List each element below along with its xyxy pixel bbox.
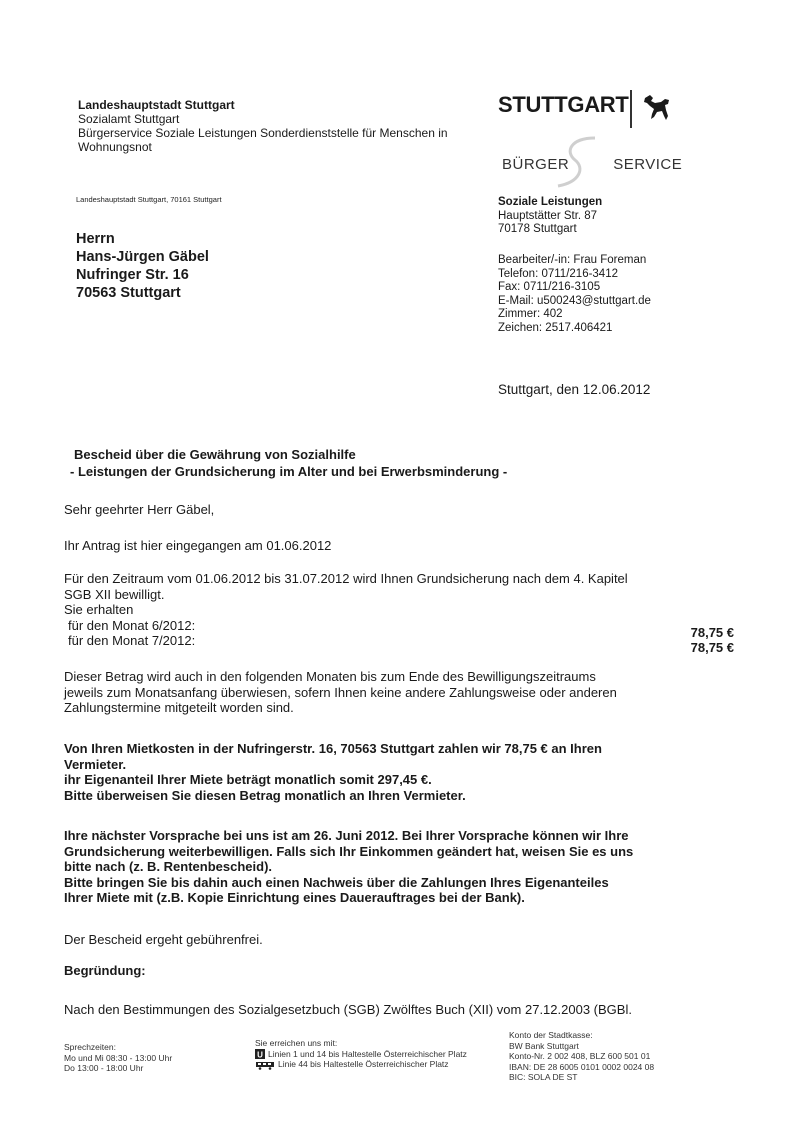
bank-account: Konto-Nr. 2 002 408, BLZ 600 501 01 <box>509 1051 654 1062</box>
ubahn-icon: U <box>255 1049 265 1059</box>
bank-iban: IBAN: DE 28 6005 0101 0002 0024 08 <box>509 1062 654 1073</box>
appointment-paragraph: Ihre nächster Vorsprache bei uns ist am … <box>64 828 744 906</box>
appointment-line: Ihrer Miete mit (z.B. Kopie Einrichtung … <box>64 890 744 906</box>
sender-department-cont: Wohnungsnot <box>78 140 478 154</box>
appointment-line: bitte nach (z. B. Rentenbescheid). <box>64 859 744 875</box>
svg-text:U: U <box>257 1051 263 1060</box>
hours-line: Mo und Mi 08:30 - 13:00 Uhr <box>64 1053 172 1064</box>
fee-note: Der Bescheid ergeht gebührenfrei. <box>64 932 744 948</box>
payment-row: für den Monat 7/2012: 78,75 € <box>64 633 744 648</box>
sender-office: Sozialamt Stuttgart <box>78 112 478 126</box>
buerger-word: BÜRGER <box>502 156 569 173</box>
reason-heading: Begründung: <box>64 963 744 979</box>
contact-info: Bearbeiter/-in: Frau Foreman Telefon: 07… <box>498 254 651 336</box>
sender-authority: Landeshauptstadt Stuttgart <box>78 98 478 112</box>
payment-label: für den Monat 7/2012: <box>68 633 195 649</box>
bank-title: Konto der Stadtkasse: <box>509 1030 654 1041</box>
hours-line: Do 13:00 - 18:00 Uhr <box>64 1063 172 1074</box>
hours-title: Sprechzeiten: <box>64 1042 172 1053</box>
office-address: Soziale Leistungen Hauptstätter Str. 87 … <box>498 196 602 237</box>
grant-period: Für den Zeitraum vom 01.06.2012 bis 31.0… <box>64 571 744 648</box>
recipient-address: Herrn Hans-Jürgen Gäbel Nufringer Str. 1… <box>76 230 209 302</box>
contact-reference: Zeichen: 2517.406421 <box>498 322 651 336</box>
contact-fax: Fax: 0711/216-3105 <box>498 281 651 295</box>
appointment-line: Bitte bringen Sie bis dahin auch einen N… <box>64 875 744 891</box>
buergerservice-label: BÜRGERSERVICE <box>502 156 682 173</box>
footer-hours: Sprechzeiten: Mo und Mi 08:30 - 13:00 Uh… <box>64 1042 172 1074</box>
recipient-city: 70563 Stuttgart <box>76 284 209 302</box>
bank-name: BW Bank Stuttgart <box>509 1041 654 1052</box>
letter-date: Stuttgart, den 12.06.2012 <box>498 382 650 397</box>
return-address: Landeshauptstadt Stuttgart, 70161 Stuttg… <box>76 195 222 204</box>
contact-phone: Telefon: 0711/216-3412 <box>498 268 651 282</box>
transit-title: Sie erreichen uns mit: <box>255 1038 467 1049</box>
logo-wordmark: STUTTGART <box>498 92 629 118</box>
payment-row: für den Monat 6/2012: 78,75 € <box>64 618 744 633</box>
recipient-salutation: Herrn <box>76 230 209 248</box>
stuttgart-logo: STUTTGART <box>498 90 698 130</box>
contact-clerk: Bearbeiter/-in: Frau Foreman <box>498 254 651 268</box>
payment-label: für den Monat 6/2012: <box>68 618 195 634</box>
continuation-line: Dieser Betrag wird auch in den folgenden… <box>64 669 744 685</box>
transit-line-text: Linien 1 und 14 bis Haltestelle Österrei… <box>268 1049 467 1059</box>
rent-line: Vermieter. <box>64 757 744 773</box>
horse-icon <box>642 92 672 122</box>
continuation-paragraph: Dieser Betrag wird auch in den folgenden… <box>64 669 744 716</box>
continuation-line: jeweils zum Monatsanfang überwiesen, sof… <box>64 685 744 701</box>
received-line: Ihr Antrag ist hier eingegangen am 01.06… <box>64 538 744 554</box>
appointment-line: Ihre nächster Vorsprache bei uns ist am … <box>64 828 744 844</box>
rent-line: ihr Eigenanteil Ihrer Miete beträgt mona… <box>64 772 744 788</box>
logo-divider <box>630 90 632 128</box>
office-dept: Soziale Leistungen <box>498 196 602 210</box>
service-word: SERVICE <box>613 156 682 173</box>
reason-text: Nach den Bestimmungen des Sozialgesetzbu… <box>64 1002 744 1018</box>
grant-period-line-2: SGB XII bewilligt. <box>64 587 744 603</box>
grant-period-line-1: Für den Zeitraum vom 01.06.2012 bis 31.0… <box>64 571 744 587</box>
subject-line-1: Bescheid über die Gewährung von Sozialhi… <box>70 446 507 463</box>
sender-block: Landeshauptstadt Stuttgart Sozialamt Stu… <box>78 98 478 154</box>
greeting: Sehr geehrter Herr Gäbel, <box>64 502 744 518</box>
bank-bic: BIC: SOLA DE ST <box>509 1072 654 1083</box>
payment-amount: 78,75 € <box>691 640 734 656</box>
rent-line: Von Ihren Mietkosten in der Nufringerstr… <box>64 741 744 757</box>
sender-department: Bürgerservice Soziale Leistungen Sonderd… <box>78 126 478 140</box>
rent-paragraph: Von Ihren Mietkosten in der Nufringerstr… <box>64 741 744 803</box>
transit-line-text: Linie 44 bis Haltestelle Österreichische… <box>278 1059 449 1069</box>
office-street: Hauptstätter Str. 87 <box>498 210 602 224</box>
rent-line: Bitte überweisen Sie diesen Betrag monat… <box>64 788 744 804</box>
appointment-line: Grundsicherung weiterbewilligen. Falls s… <box>64 844 744 860</box>
subject: Bescheid über die Gewährung von Sozialhi… <box>70 446 507 480</box>
footer-bank: Konto der Stadtkasse: BW Bank Stuttgart … <box>509 1030 654 1083</box>
office-city: 70178 Stuttgart <box>498 223 602 237</box>
transit-line: Linie 44 bis Haltestelle Österreichische… <box>255 1059 467 1070</box>
recipient-street: Nufringer Str. 16 <box>76 266 209 284</box>
recipient-name: Hans-Jürgen Gäbel <box>76 248 209 266</box>
contact-room: Zimmer: 402 <box>498 308 651 322</box>
continuation-line: Zahlungstermine mitgeteilt worden sind. <box>64 700 744 716</box>
transit-line: U Linien 1 und 14 bis Haltestelle Österr… <box>255 1049 467 1060</box>
bus-icon <box>255 1061 275 1070</box>
contact-email: E-Mail: u500243@stuttgart.de <box>498 295 651 309</box>
footer-transit: Sie erreichen uns mit: U Linien 1 und 14… <box>255 1038 467 1070</box>
subject-line-2: - Leistungen der Grundsicherung im Alter… <box>70 463 507 480</box>
you-receive: Sie erhalten <box>64 602 744 618</box>
